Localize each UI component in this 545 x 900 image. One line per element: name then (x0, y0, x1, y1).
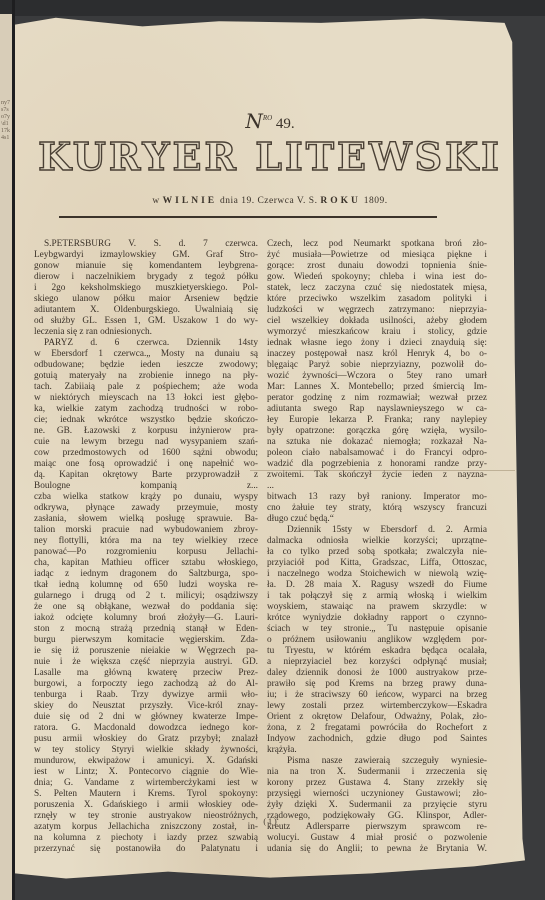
text-line: od służby GL. Essen 1, GM. Uszakow 1 do … (34, 316, 258, 327)
text-line: panować—Po rozgromieniu korpusu Jellachi… (34, 547, 258, 558)
text-line: nia na tron X. Sudermanii i zrzeczenia s… (267, 767, 487, 778)
issue-number-value: 49. (276, 116, 295, 132)
text-line: iednak własne iego żony i dzieci znaydui… (267, 338, 487, 349)
text-line: gotuią materyały na zrobienie innego na … (34, 371, 258, 382)
text-line: zwoitemi. Tak skończył życie ieden z nay… (267, 470, 487, 481)
text-line: ludzkości w węgrzech zatrzymano: nieprzy… (267, 305, 487, 316)
issue-number-prefix: N (245, 109, 263, 133)
text-line: duie się od 2 dni w główney kwaterze Imp… (34, 712, 258, 723)
adjacent-page-text: ny7s7s o7y\d1 17k4s1 (1, 100, 11, 142)
text-line: żona, z 2 fregatami powróciła do Rochefo… (267, 723, 487, 734)
text-line: ka, wielkie zatym zachodzą trudności w r… (34, 404, 258, 415)
text-line: gow. Wiedeń spokoyny; chleba i wina iest… (267, 272, 487, 283)
text-line: dalmacka odniosła wielkie korzyści; uprz… (267, 536, 487, 547)
text-line: cuie na lewym brzegu nad wysypaniem szań… (34, 437, 258, 448)
text-line: nuie i że większa część nieprzyia austry… (34, 657, 258, 668)
text-line: przyiaciół pod Kitta, Gradszac, Liffa, O… (267, 558, 487, 569)
text-line: Lasalle ma główną kwaterę przeciw Prez- (34, 668, 258, 679)
dateline-prefix: w (152, 196, 159, 206)
page-folio: ( 1 ) (15, 817, 525, 826)
text-line: woyskiem, stawaiąc na prawem skrzydle: w (267, 602, 487, 613)
text-line: odbudowane; będzie ieden ieszcze zwodowy… (34, 360, 258, 371)
text-line: dierow i naczelnikiem brygady z tegoż pó… (34, 272, 258, 283)
text-line: na kolumna z piechoty i iazdy przez szwa… (34, 833, 258, 844)
text-line: długo czuć będą.“ (267, 514, 487, 525)
text-line: tu Tryestu, w którém eskadra będąca ocal… (267, 646, 487, 657)
text-line: wolucyi. Gustaw 4 miał prosić o pozwolen… (267, 833, 487, 844)
text-line: przerzynać się postanowiła do Palatynatu… (34, 844, 258, 855)
text-line: w Ebersdorf 1 czerwca.„ Mosty na dunaiu … (34, 349, 258, 360)
text-line: korony przez Gustawa 4. Stany zrzekły si… (267, 778, 487, 789)
text-line: Indyow zachodnich, gdzie długo pod Saint… (267, 734, 487, 745)
text-line: odkrywa, płynące zawady przeymuie, mosty (34, 503, 258, 514)
text-line: gorące: zrost dunaiu dowodzi topnienia ś… (267, 261, 487, 272)
text-line: S. Pelten Mautern i Krems. Tyrol spokoyn… (34, 789, 258, 800)
text-line: tach. Zabiiaią pale z pośpiechem; aże wo… (34, 382, 258, 393)
text-line: inaczey postępował nasz król Henryk 4, b… (267, 349, 487, 360)
dateline-date: dnia 19. Czerwca V. S. (220, 196, 317, 206)
text-line: na sztuka nie dokazać niemogła; rozkazał… (267, 437, 487, 448)
text-line: poruszenia X. Gdańskiego i armii włoskie… (34, 800, 258, 811)
text-line: skiego ulanow półku maior Arseniew będzi… (34, 294, 258, 305)
text-line: burgowi, a forpoczty iego zachodzą aż do… (34, 679, 258, 690)
text-line: Dziennik 15sty w Ebersdorf d. 2. Armia (267, 525, 487, 536)
dateline-year: 1809. (364, 196, 388, 206)
scan-background-top (0, 0, 545, 16)
text-line: iadąc z iednym dragonem do Saltzburga, s… (34, 569, 258, 580)
text-line: ie się iż poruszenie nieiakie w Węgrzech… (34, 646, 258, 657)
text-line: o próżnem usiłowaniu anglikow względem p… (267, 635, 487, 646)
text-line: ney flottylli, która ma na tey wielkiey … (34, 536, 258, 547)
text-line: dą. Kapitan okrętowy Barte przyprowadził… (34, 470, 258, 481)
text-line: burgu pierwszym komitacie węgierskim. Zd… (34, 635, 258, 646)
right-column: Czech, lecz pod Neumarkt spotkana broń z… (267, 239, 487, 855)
text-line: poleon ciało nabalsamować i do Francyi o… (267, 448, 487, 459)
text-line: ciel wszelkiey dokłada usilności, ażeby … (267, 316, 487, 327)
text-line: ne. GB. Łazowski z korpusu inżynierow pr… (34, 426, 258, 437)
text-line: pusu armii włoskiey do Gratz przybył; zn… (34, 734, 258, 745)
text-line: Boulogne kompanią z... (34, 481, 258, 492)
dateline: w WILNIE dnia 19. Czerwca V. S. ROKU 180… (15, 196, 525, 206)
text-line: i 2go keksholmskiego muszkietyerskiego. … (34, 283, 258, 294)
binding-gutter (12, 0, 15, 900)
text-line: tenburga i Raab. Trzy dywizye armii wło- (34, 690, 258, 701)
text-line: lewy zostali przez wirtemberczykow—Eskad… (267, 701, 487, 712)
masthead-rule (59, 216, 437, 218)
text-line: ... (267, 481, 487, 492)
text-line: żyły dzięki X. Sudermanii za przyięcie s… (267, 800, 487, 811)
dateline-city: WILNIE (163, 196, 217, 206)
paper-crease (250, 470, 515, 471)
text-line: wymorzyć mieszkańcow kraiu i stolicy, gd… (267, 327, 487, 338)
text-line: ratora. G. Macdonald dowodzca iednego ko… (34, 723, 258, 734)
text-line: ła co tylko przed sobą spotkała; zwalczy… (267, 547, 487, 558)
text-line: przysięgi wierności uczynioney Gustawowi… (267, 789, 487, 800)
text-line: wadzić dla pogrzebienia z honorami randz… (267, 459, 487, 470)
text-line: bitwach 13 razy był raniony. Imperator m… (267, 492, 487, 503)
text-line: ła. D. 28 maia X. Ragusy wszedł do Fiume (267, 580, 487, 591)
text-line: adiutantem X. Oldenburgskiego. Uwalniaią… (34, 305, 258, 316)
text-line: iakoż odcięte kolumny broń złożyły—G. La… (34, 613, 258, 624)
text-line: Mar: Lannes X. Montebello; przed śmierci… (267, 382, 487, 393)
text-line: ściach w tey stronie.„ Tu następuie opis… (267, 624, 487, 635)
text-line: w niektórych mieyscach na 13 łokci iest … (34, 393, 258, 404)
text-line: Orient z okrętow Delafour, Odważny, Pola… (267, 712, 487, 723)
text-line: tkał iedną kolumnę od 650 ludzi woyska r… (34, 580, 258, 591)
text-line: skiey do Neusztat przyszły. Vice-król zn… (34, 701, 258, 712)
text-line: Leybgwardyi izmaylowskiey GM. Graf Stro- (34, 250, 258, 261)
text-line: cno żałuie tey straty, którą wszyscy fra… (267, 503, 487, 514)
masthead-title: KURYER LITEWSKI (15, 134, 525, 179)
text-line: prawiło się pod Krems na brzeg prawy dun… (267, 679, 487, 690)
text-line: leczenia się z ran odniesionych. (34, 327, 258, 338)
text-line: a nieprzyiaciel bez korzyści odpłynąć mu… (267, 657, 487, 668)
dateline-year-word: ROKU (320, 196, 361, 206)
text-line: daley dziennik donosi że 1000 austryakow… (267, 668, 487, 679)
text-line: S.PETERSBURG V. S. d. 7 czerwca. (34, 239, 258, 250)
text-line: były opatrzone: gorączka górę wzięła, wy… (267, 426, 487, 437)
left-column: S.PETERSBURG V. S. d. 7 czerwca.Leybgwar… (34, 239, 258, 855)
text-line: że one są obłąkane, wezwał do poddania s… (34, 602, 258, 613)
text-line: iest w Lintz; X. Pontecorvo ciągnie do W… (34, 767, 258, 778)
text-line: zasłania, słowem wielką posługę sprawuie… (34, 514, 258, 525)
text-line: cha, kapitan Mathieu officer sztabu włos… (34, 558, 258, 569)
issue-number: NRO 49. (15, 109, 525, 133)
text-line: krótce wyniydzie dokładny rapport o czyn… (267, 613, 487, 624)
text-line: iu; i że straciwszy 60 ieńcow, wyparci n… (267, 690, 487, 701)
text-line: krążyła. (267, 745, 487, 756)
text-line: Pisma nasze zawieraią szczeguły wyniesie… (267, 756, 487, 767)
text-line: cie; iednak wkrótce wszystko będzie skoń… (34, 415, 258, 426)
text-line: dnia; G. Vandame z wirtembercżykami iest… (34, 778, 258, 789)
text-line: żyć musiała—Powietrze od miesiąca piękne… (267, 250, 487, 261)
text-line: gularnego i drugą od 2 t. milicyi; osądz… (34, 591, 258, 602)
issue-number-sup: RO (263, 114, 272, 122)
text-line: cow przedmostowych od 1600 sążni obwodu; (34, 448, 258, 459)
text-line: czba wielka statkow krąży po dunaiu, wys… (34, 492, 258, 503)
text-line: które przeciwko wszelkim zasadom polityk… (267, 294, 487, 305)
text-line: i naczelnego wodza Stoichewich w niewolą… (267, 569, 487, 580)
text-line: perator godzinę z nim rozmawiał; wezwał … (267, 393, 487, 404)
text-line: blęgaiąc Paryż sobie nieprzyiazny, pozwo… (267, 360, 487, 371)
text-line: statek, lecz zaczyna czuć się niedostate… (267, 283, 487, 294)
newspaper-page: NRO 49. KURYER LITEWSKI w WILNIE dnia 19… (15, 16, 525, 882)
text-line: i tak połączył się z armią włoską i wiel… (267, 591, 487, 602)
text-line: ston z mocną strażą przednią stanął w Ed… (34, 624, 258, 635)
text-line: w tey stolicy Styryi wielkie składy żywn… (34, 745, 258, 756)
text-line: talion morski pracuie nad wybudowaniem z… (34, 525, 258, 536)
text-line: gonow mianuie się komendantem leybgrena- (34, 261, 258, 272)
text-line: adiutanta swego Rap nayslawnieyszego w c… (267, 404, 487, 415)
text-line: Czech, lecz pod Neumarkt spotkana broń z… (267, 239, 487, 250)
text-line: łey Europie lekarza P. Franka; rany nayl… (267, 415, 487, 426)
text-line: PARYZ d. 6 czerwca. Dziennik 14sty (34, 338, 258, 349)
adjacent-page-edge: ny7s7s o7y\d1 17k4s1 (0, 14, 12, 900)
text-line: udania się do Anglii; to pewna że Brytan… (267, 844, 487, 855)
text-line: maiąc one fosą oprowadzić i onę napełnić… (34, 459, 258, 470)
text-line: wozić żywności—Wczora o 5tey rano umarł (267, 371, 487, 382)
text-line: mundurow, ekwipażow i amunicyi. X. Gdańs… (34, 756, 258, 767)
